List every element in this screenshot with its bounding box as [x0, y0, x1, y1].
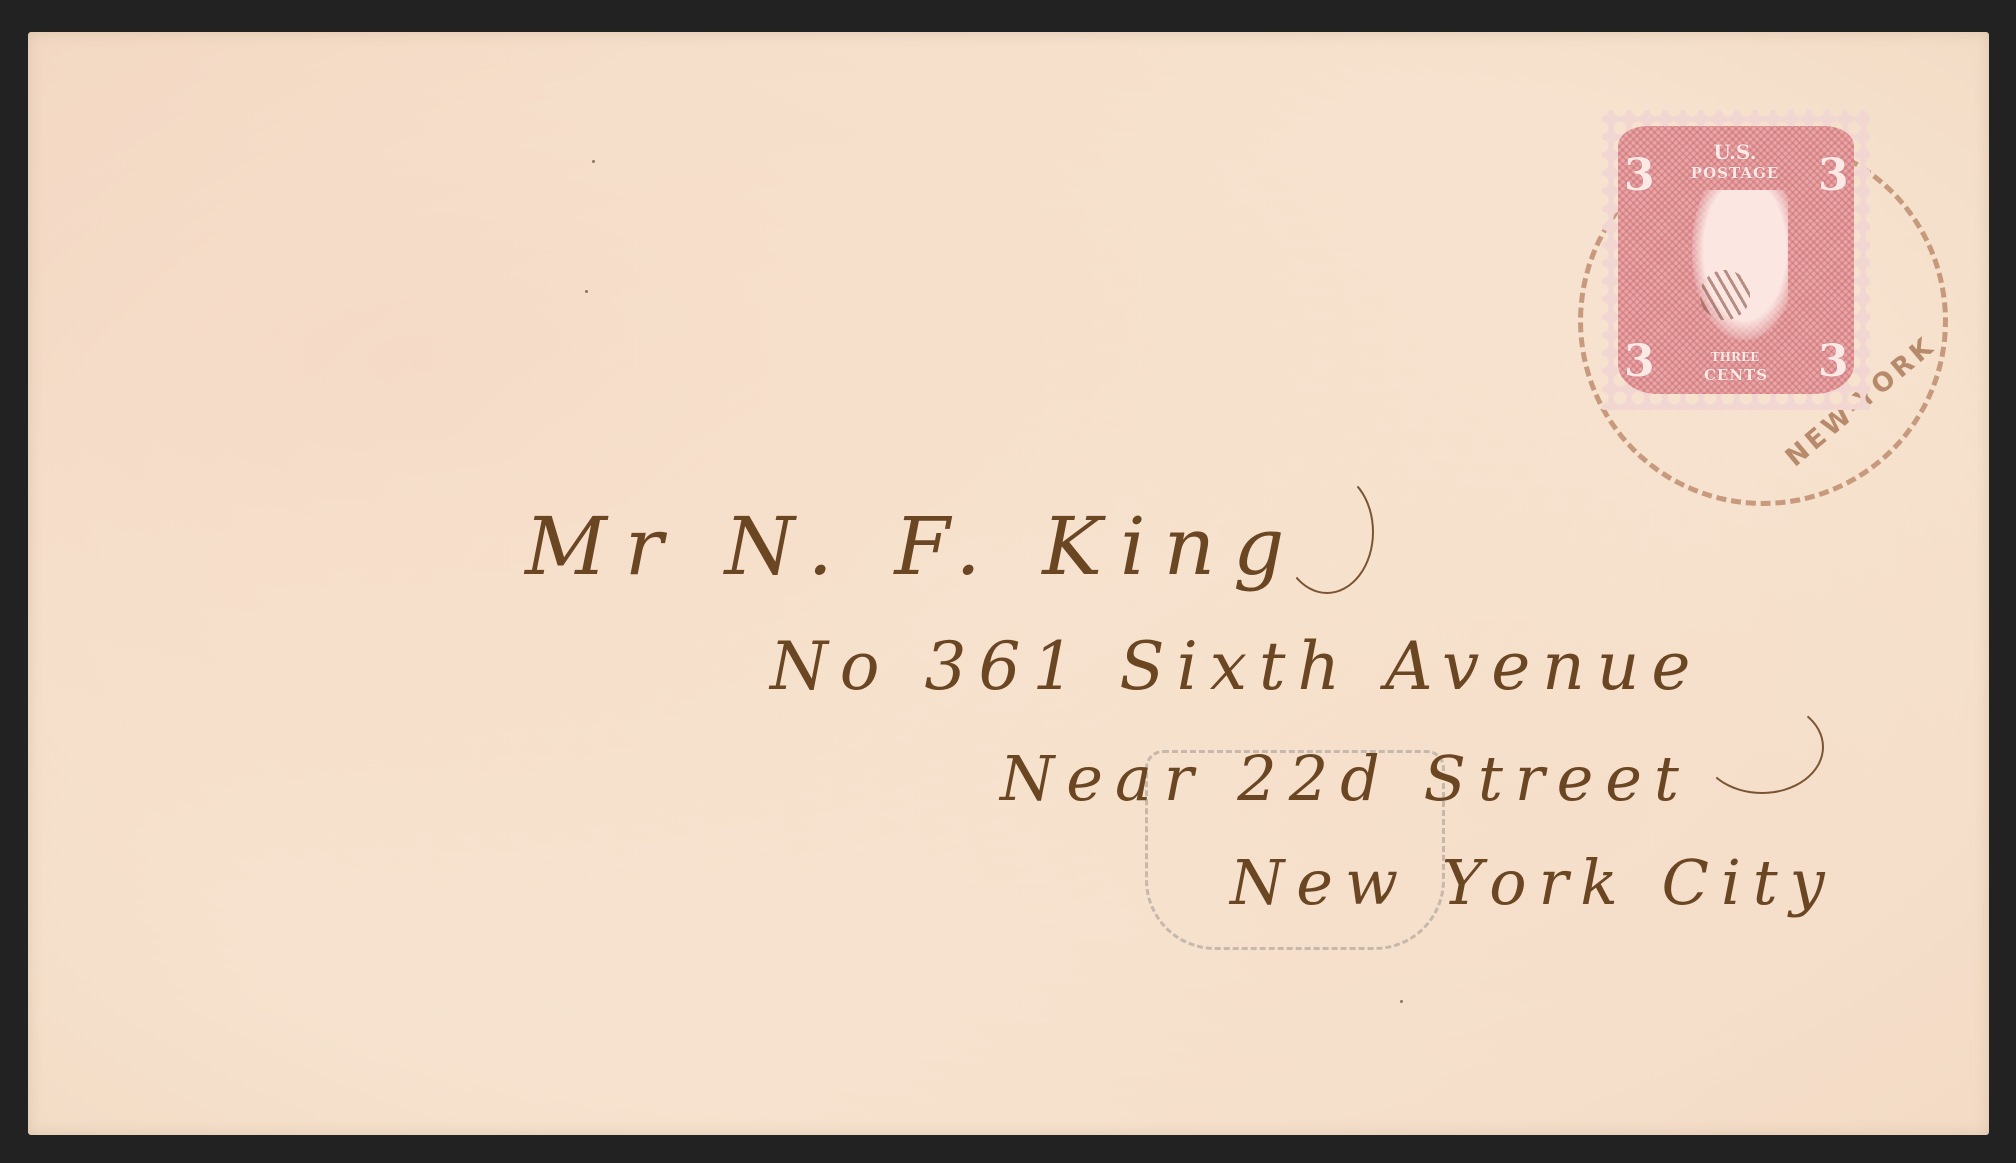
stamp-denomination: 3: [1624, 336, 1655, 387]
stamp-denomination: 3: [1818, 150, 1849, 201]
stamp-cents-label: CENTS: [1688, 366, 1784, 384]
paper-speck: [585, 290, 588, 293]
stamp-country: U.S.: [1700, 140, 1770, 164]
stamp-denomination: 3: [1818, 336, 1849, 387]
paper-speck: [592, 160, 595, 163]
paper-speck: [1400, 1000, 1403, 1003]
stamp-postage-label: POSTAGE: [1672, 164, 1798, 182]
stamp-value-word: THREE: [1700, 350, 1770, 364]
address-line-name: Mr N. F. King: [525, 500, 1302, 593]
cancel-marking: [1700, 270, 1750, 320]
pen-flourish: [1280, 470, 1374, 594]
address-line-cross-street: Near 22d Street: [1000, 742, 1691, 815]
stamp-denomination: 3: [1624, 150, 1655, 201]
address-line-city: New York City: [1230, 846, 1837, 919]
stamp-portrait: [1692, 190, 1788, 340]
pen-flourish: [1700, 700, 1824, 794]
address-line-street: No 361 Sixth Avenue: [770, 628, 1702, 705]
